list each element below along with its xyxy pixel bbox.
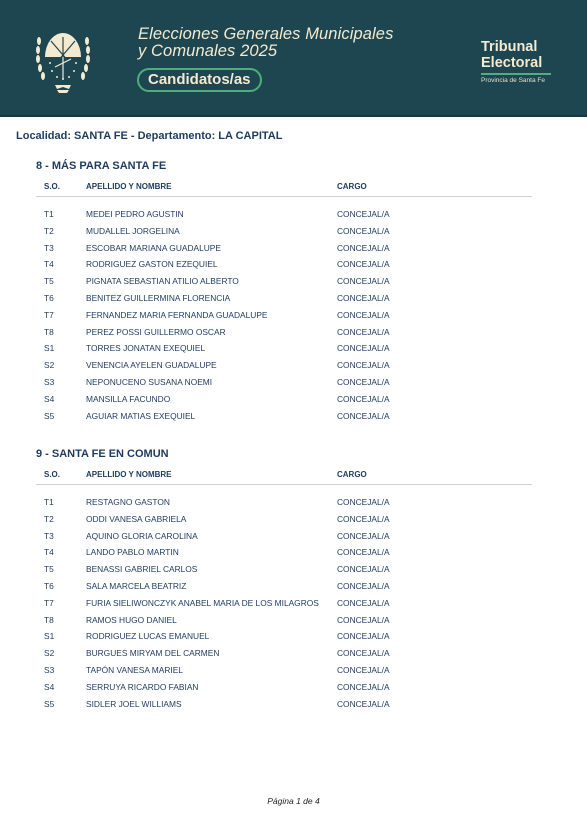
- cell-so: T2: [44, 224, 54, 238]
- cell-name: BURGUES MIRYAM DEL CARMEN: [86, 646, 219, 660]
- cell-name: PIGNATA SEBASTIAN ATILIO ALBERTO: [86, 274, 239, 288]
- header-bottom-border: [0, 115, 587, 117]
- table-row: T6BENITEZ GUILLERMINA FLORENCIACONCEJAL/…: [36, 291, 532, 308]
- table-row: T4RODRIGUEZ GASTON EZEQUIELCONCEJAL/A: [36, 257, 532, 274]
- locality-heading: Localidad: SANTA FE - Departamento: LA C…: [16, 130, 282, 142]
- cell-cargo: CONCEJAL/A: [337, 241, 390, 255]
- cell-so: T8: [44, 325, 54, 339]
- column-header-cargo: CARGO: [337, 470, 367, 479]
- cell-cargo: CONCEJAL/A: [337, 358, 390, 372]
- cell-so: T6: [44, 579, 54, 593]
- cell-cargo: CONCEJAL/A: [337, 207, 390, 221]
- table-row: T3ESCOBAR MARIANA GUADALUPECONCEJAL/A: [36, 241, 532, 258]
- table-row: T6SALA MARCELA BEATRIZCONCEJAL/A: [36, 579, 532, 596]
- cell-so: S2: [44, 358, 54, 372]
- org-line-2: Electoral: [481, 56, 551, 72]
- cell-cargo: CONCEJAL/A: [337, 697, 390, 711]
- cell-cargo: CONCEJAL/A: [337, 680, 390, 694]
- cell-name: RAMOS HUGO DANIEL: [86, 613, 177, 627]
- cell-cargo: CONCEJAL/A: [337, 495, 390, 509]
- cell-so: T2: [44, 512, 54, 526]
- cell-so: T1: [44, 207, 54, 221]
- cell-cargo: CONCEJAL/A: [337, 596, 390, 610]
- cell-cargo: CONCEJAL/A: [337, 646, 390, 660]
- cell-name: RESTAGNO GASTON: [86, 495, 170, 509]
- table-row: S4SERRUYA RICARDO FABIANCONCEJAL/A: [36, 680, 532, 697]
- table-row: T1MEDEI PEDRO AGUSTINCONCEJAL/A: [36, 207, 532, 224]
- cell-so: T1: [44, 495, 54, 509]
- cell-cargo: CONCEJAL/A: [337, 529, 390, 543]
- org-divider: [481, 73, 551, 75]
- cell-cargo: CONCEJAL/A: [337, 545, 390, 559]
- cell-name: SALA MARCELA BEATRIZ: [86, 579, 186, 593]
- cell-so: S2: [44, 646, 54, 660]
- cell-so: T6: [44, 291, 54, 305]
- org-subtitle: Provincia de Santa Fe: [481, 76, 551, 85]
- cell-cargo: CONCEJAL/A: [337, 341, 390, 355]
- cell-so: S3: [44, 663, 54, 677]
- cell-so: S1: [44, 341, 54, 355]
- column-header-cargo: CARGO: [337, 182, 367, 191]
- cell-name: PEREZ POSSI GUILLERMO OSCAR: [86, 325, 226, 339]
- cell-cargo: CONCEJAL/A: [337, 512, 390, 526]
- cell-name: SIDLER JOEL WILLIAMS: [86, 697, 182, 711]
- table-row: T7FERNANDEZ MARIA FERNANDA GUADALUPECONC…: [36, 308, 532, 325]
- title-line-1: Elecciones Generales Municipales: [138, 26, 393, 43]
- cell-name: LANDO PABLO MARTIN: [86, 545, 179, 559]
- cell-cargo: CONCEJAL/A: [337, 291, 390, 305]
- cell-cargo: CONCEJAL/A: [337, 392, 390, 406]
- table-row: T5PIGNATA SEBASTIAN ATILIO ALBERTOCONCEJ…: [36, 274, 532, 291]
- table-row: T1RESTAGNO GASTONCONCEJAL/A: [36, 495, 532, 512]
- cell-so: S5: [44, 409, 54, 423]
- tribunal-logo: Tribunal Electoral Provincia de Santa Fe: [481, 40, 551, 85]
- cell-name: MUDALLEL JORGELINA: [86, 224, 180, 238]
- column-header-so: S.O.: [44, 182, 60, 191]
- cell-cargo: CONCEJAL/A: [337, 579, 390, 593]
- list-title: 8 - MÁS PARA SANTA FE: [36, 160, 532, 176]
- cell-so: T3: [44, 529, 54, 543]
- cell-name: AGUIAR MATIAS EXEQUIEL: [86, 409, 195, 423]
- cell-so: T4: [44, 257, 54, 271]
- coat-of-arms-icon: [33, 27, 93, 95]
- cell-cargo: CONCEJAL/A: [337, 613, 390, 627]
- cell-so: T8: [44, 613, 54, 627]
- column-header-name: APELLIDO Y NOMBRE: [86, 182, 172, 191]
- cell-cargo: CONCEJAL/A: [337, 409, 390, 423]
- table-row: S1RODRIGUEZ LUCAS EMANUELCONCEJAL/A: [36, 629, 532, 646]
- cell-cargo: CONCEJAL/A: [337, 325, 390, 339]
- table-row: S5SIDLER JOEL WILLIAMSCONCEJAL/A: [36, 697, 532, 714]
- cell-so: T5: [44, 562, 54, 576]
- candidates-badge: Candidatos/as: [137, 68, 262, 92]
- cell-name: ODDI VANESA GABRIELA: [86, 512, 186, 526]
- table-row: T2ODDI VANESA GABRIELACONCEJAL/A: [36, 512, 532, 529]
- page-number: Página 1 de 4: [0, 796, 587, 806]
- cell-cargo: CONCEJAL/A: [337, 308, 390, 322]
- table-row: S5AGUIAR MATIAS EXEQUIELCONCEJAL/A: [36, 409, 532, 426]
- table-row: S1TORRES JONATAN EXEQUIELCONCEJAL/A: [36, 341, 532, 358]
- cell-so: T3: [44, 241, 54, 255]
- cell-so: S5: [44, 697, 54, 711]
- table-row: S3NEPONUCENO SUSANA NOEMICONCEJAL/A: [36, 375, 532, 392]
- cell-name: SERRUYA RICARDO FABIAN: [86, 680, 198, 694]
- table-row: S2VENENCIA AYELEN GUADALUPECONCEJAL/A: [36, 358, 532, 375]
- column-header-so: S.O.: [44, 470, 60, 479]
- cell-so: T4: [44, 545, 54, 559]
- cell-name: TORRES JONATAN EXEQUIEL: [86, 341, 205, 355]
- table-header: S.O.APELLIDO Y NOMBRECARGO: [36, 470, 532, 485]
- cell-name: FERNANDEZ MARIA FERNANDA GUADALUPE: [86, 308, 268, 322]
- page-header: Elecciones Generales Municipales y Comun…: [0, 0, 587, 117]
- title-line-2: y Comunales 2025: [138, 43, 393, 60]
- table-row: T7FURIA SIELIWONCZYK ANABEL MARIA DE LOS…: [36, 596, 532, 613]
- cell-name: ESCOBAR MARIANA GUADALUPE: [86, 241, 221, 255]
- list-title: 9 - SANTA FE EN COMUN: [36, 448, 532, 464]
- cell-so: S3: [44, 375, 54, 389]
- table-row: S2BURGUES MIRYAM DEL CARMENCONCEJAL/A: [36, 646, 532, 663]
- election-title: Elecciones Generales Municipales y Comun…: [138, 26, 393, 60]
- cell-name: RODRIGUEZ GASTON EZEQUIEL: [86, 257, 218, 271]
- cell-name: AQUINO GLORIA CAROLINA: [86, 529, 198, 543]
- table-row: T2MUDALLEL JORGELINACONCEJAL/A: [36, 224, 532, 241]
- cell-name: RODRIGUEZ LUCAS EMANUEL: [86, 629, 209, 643]
- table-row: T3AQUINO GLORIA CAROLINACONCEJAL/A: [36, 529, 532, 546]
- cell-cargo: CONCEJAL/A: [337, 375, 390, 389]
- cell-cargo: CONCEJAL/A: [337, 562, 390, 576]
- cell-name: VENENCIA AYELEN GUADALUPE: [86, 358, 217, 372]
- cell-so: T7: [44, 308, 54, 322]
- candidate-list: 8 - MÁS PARA SANTA FES.O.APELLIDO Y NOMB…: [36, 160, 532, 425]
- cell-so: S4: [44, 392, 54, 406]
- cell-name: MANSILLA FACUNDO: [86, 392, 170, 406]
- cell-so: S1: [44, 629, 54, 643]
- table-row: T8PEREZ POSSI GUILLERMO OSCARCONCEJAL/A: [36, 325, 532, 342]
- table-row: T8RAMOS HUGO DANIELCONCEJAL/A: [36, 613, 532, 630]
- cell-cargo: CONCEJAL/A: [337, 257, 390, 271]
- table-row: T5BENASSI GABRIEL CARLOSCONCEJAL/A: [36, 562, 532, 579]
- cell-name: FURIA SIELIWONCZYK ANABEL MARIA DE LOS M…: [86, 596, 319, 610]
- cell-name: BENITEZ GUILLERMINA FLORENCIA: [86, 291, 230, 305]
- cell-name: NEPONUCENO SUSANA NOEMI: [86, 375, 212, 389]
- cell-so: T5: [44, 274, 54, 288]
- cell-cargo: CONCEJAL/A: [337, 224, 390, 238]
- org-line-1: Tribunal: [481, 40, 551, 56]
- cell-name: MEDEI PEDRO AGUSTIN: [86, 207, 184, 221]
- cell-name: TAPÓN VANESA MARIEL: [86, 663, 183, 677]
- cell-so: T7: [44, 596, 54, 610]
- cell-so: S4: [44, 680, 54, 694]
- cell-cargo: CONCEJAL/A: [337, 629, 390, 643]
- cell-cargo: CONCEJAL/A: [337, 663, 390, 677]
- cell-cargo: CONCEJAL/A: [337, 274, 390, 288]
- table-row: T4LANDO PABLO MARTINCONCEJAL/A: [36, 545, 532, 562]
- column-header-name: APELLIDO Y NOMBRE: [86, 470, 172, 479]
- cell-name: BENASSI GABRIEL CARLOS: [86, 562, 197, 576]
- table-header: S.O.APELLIDO Y NOMBRECARGO: [36, 182, 532, 197]
- table-row: S4MANSILLA FACUNDOCONCEJAL/A: [36, 392, 532, 409]
- candidate-list: 9 - SANTA FE EN COMUNS.O.APELLIDO Y NOMB…: [36, 448, 532, 713]
- table-row: S3TAPÓN VANESA MARIELCONCEJAL/A: [36, 663, 532, 680]
